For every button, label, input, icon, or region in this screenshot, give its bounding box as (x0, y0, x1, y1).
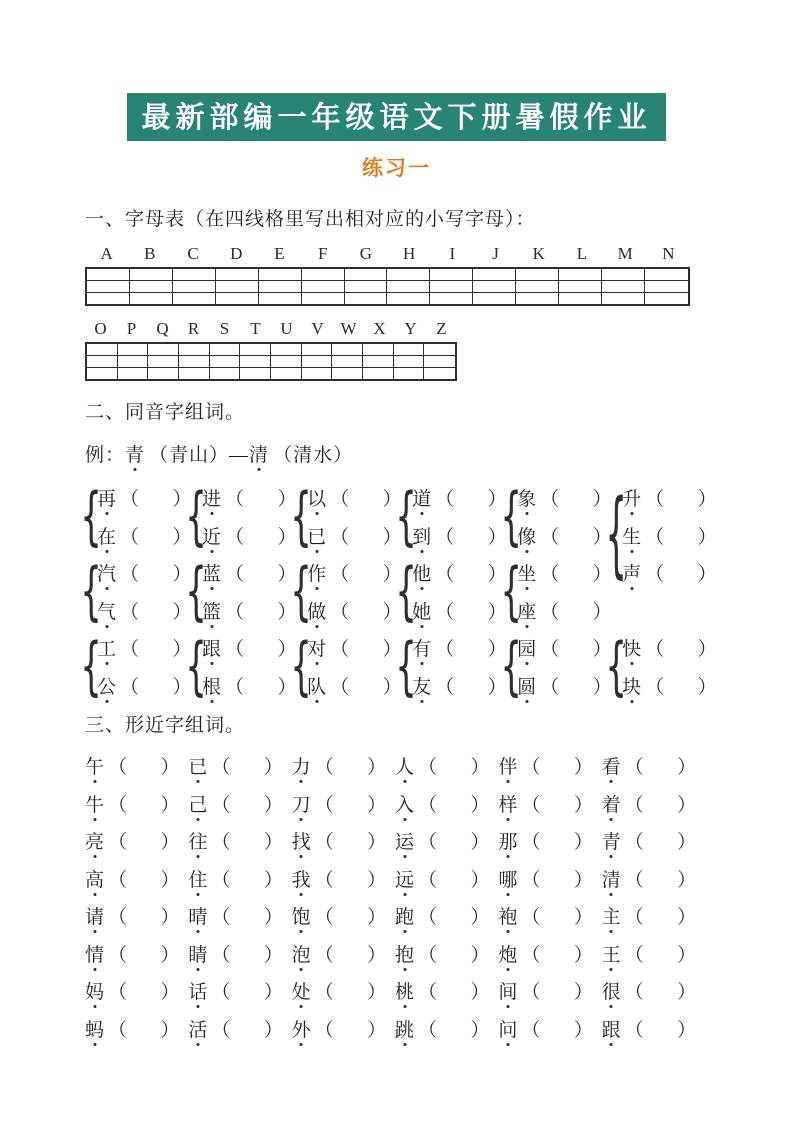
answer-blank: （ ） (625, 940, 695, 967)
entry-char: 清 (602, 865, 621, 892)
entry-char: 住 (188, 865, 207, 892)
alphabet-letter: V (302, 319, 333, 339)
grid-cell (271, 368, 302, 379)
alphabet-letters-row: OPQRSTUVWXYZ (85, 319, 457, 339)
grid-cell (345, 293, 388, 304)
homophone-entry: 道（ ） (412, 479, 505, 517)
similar-character-item: 我（ ） (292, 865, 395, 892)
homophone-entry: 以（ ） (307, 479, 400, 517)
grid-cell (302, 356, 333, 368)
answer-blank: （ ） (108, 752, 178, 779)
answer-blank: （ ） (435, 597, 505, 624)
grid-cell (473, 269, 516, 281)
entry-char: 处 (292, 977, 311, 1004)
answer-blank: （ ） (521, 940, 591, 967)
similar-character-item: 午（ ） (85, 752, 188, 779)
grid-cell (363, 356, 394, 368)
entry-char: 在 (97, 522, 116, 549)
answer-blank: （ ） (625, 827, 695, 854)
grid-cell (394, 356, 425, 368)
grid-cell (179, 344, 210, 356)
brace-icon: { (190, 479, 202, 554)
similar-character-item: 袍（ ） (498, 902, 601, 929)
entry-char: 很 (602, 977, 621, 1004)
homophone-entries: 跟（ ）根（ ） (202, 629, 295, 704)
example-text: （青山）— (149, 440, 249, 467)
grid-cell (473, 293, 516, 304)
page-number: 1 (0, 1026, 793, 1042)
similar-character-item: 清（ ） (602, 865, 705, 892)
entry-char: 刀 (292, 790, 311, 817)
similar-characters-row: 情（ ）睛（ ）泡（ ）抱（ ）炮（ ）王（ ） (85, 935, 705, 973)
grid-cell (602, 293, 645, 304)
similar-character-item: 远（ ） (395, 865, 498, 892)
answer-blank: （ ） (540, 597, 610, 624)
answer-blank: （ ） (108, 827, 178, 854)
answer-blank: （ ） (120, 522, 190, 549)
example-line: 例：青（青山）—清（清水） (85, 440, 705, 467)
entry-char: 他 (412, 559, 431, 586)
grid-cell (87, 269, 130, 281)
homophone-entries: 道（ ）到（ ） (412, 479, 505, 554)
alphabet-letter: B (128, 244, 171, 264)
alphabet-letter: I (431, 244, 474, 264)
grid-cell (87, 281, 130, 293)
grid-cell (118, 344, 149, 356)
entry-char: 那 (498, 827, 517, 854)
homophone-entries: 作（ ）做（ ） (307, 554, 400, 629)
homophone-entry: 像（ ） (517, 517, 610, 555)
answer-blank: （ ） (315, 790, 385, 817)
alphabet-letter: R (178, 319, 209, 339)
answer-blank: （ ） (435, 484, 505, 511)
worksheet-content: 一、字母表（在四线格里写出相对应的小写字母）： ABCDEFGHIJKLMNOP… (85, 204, 705, 1047)
entry-char: 坐 (517, 559, 536, 586)
homophone-entries: 汽（ ）气（ ） (97, 554, 190, 629)
homophone-entry: 公（ ） (97, 667, 190, 705)
grid-cell (559, 293, 602, 304)
grid-cell (602, 269, 645, 281)
similar-character-item: 桃（ ） (395, 977, 498, 1004)
grid-cell (271, 356, 302, 368)
grid-cell (332, 368, 363, 379)
grid-cell (210, 344, 241, 356)
alphabet-letter: F (301, 244, 344, 264)
entry-char: 着 (602, 790, 621, 817)
similar-character-item: 伴（ ） (498, 752, 601, 779)
homophone-group: {升（ ）生（ ）声（ ） (610, 479, 715, 629)
brace-icon: { (295, 554, 307, 629)
homophone-entries: 对（ ）队（ ） (307, 629, 400, 704)
homophone-entries: 升（ ）生（ ）声（ ） (622, 479, 715, 592)
entry-char: 饱 (292, 902, 311, 929)
homophone-group: {对（ ）队（ ） (295, 629, 400, 704)
grid-cell (602, 281, 645, 293)
homophone-entry: 园（ ） (517, 629, 610, 667)
grid-cell (424, 344, 455, 356)
similar-character-item: 炮（ ） (498, 940, 601, 967)
homophone-entry: 工（ ） (97, 629, 190, 667)
answer-blank: （ ） (625, 977, 695, 1004)
entry-char: 力 (292, 752, 311, 779)
answer-blank: （ ） (418, 977, 488, 1004)
answer-blank: （ ） (225, 484, 295, 511)
answer-blank: （ ） (211, 790, 281, 817)
grid-cell (87, 293, 130, 304)
entry-char: 气 (97, 597, 116, 624)
similar-character-item: 饱（ ） (292, 902, 395, 929)
answer-blank: （ ） (330, 484, 400, 511)
answer-blank: （ ） (225, 634, 295, 661)
entry-char: 已 (307, 522, 326, 549)
brace-icon: { (610, 479, 622, 591)
similar-character-item: 睛（ ） (188, 940, 291, 967)
brace-icon: { (505, 479, 517, 554)
homophone-entries: 再（ ）在（ ） (97, 479, 190, 554)
alphabet-letter: W (333, 319, 364, 339)
homophone-entry: 圆（ ） (517, 667, 610, 705)
brace-icon: { (190, 554, 202, 629)
entry-char: 泡 (292, 940, 311, 967)
answer-blank: （ ） (540, 522, 610, 549)
example-char-dotted: 青 (125, 440, 145, 467)
brace-icon: { (400, 629, 412, 704)
title-bar-row: 最新部编一年级语文下册暑假作业 (0, 0, 793, 141)
homophone-entries: 象（ ）像（ ） (517, 479, 610, 554)
answer-blank: （ ） (418, 827, 488, 854)
similar-character-item: 牛（ ） (85, 790, 188, 817)
grid-cell (332, 344, 363, 356)
brace-icon: { (505, 629, 517, 704)
homophone-group: {道（ ）到（ ） (400, 479, 505, 554)
similar-character-item: 青（ ） (602, 827, 705, 854)
answer-blank: （ ） (330, 634, 400, 661)
grid-cell (87, 368, 118, 379)
entry-char: 亮 (85, 827, 104, 854)
entry-char: 我 (292, 865, 311, 892)
grid-cell (363, 368, 394, 379)
entry-char: 工 (97, 634, 116, 661)
answer-blank: （ ） (521, 977, 591, 1004)
entry-char: 抱 (395, 940, 414, 967)
entry-char: 作 (307, 559, 326, 586)
homophone-entries: 园（ ）圆（ ） (517, 629, 610, 704)
answer-blank: （ ） (211, 865, 281, 892)
exercise-subtitle: 练习一 (0, 152, 793, 182)
entry-char: 队 (307, 672, 326, 699)
entry-char: 圆 (517, 672, 536, 699)
entry-char: 对 (307, 634, 326, 661)
answer-blank: （ ） (645, 522, 715, 549)
page-title: 最新部编一年级语文下册暑假作业 (127, 93, 665, 141)
grid-cell (179, 356, 210, 368)
brace-icon: { (400, 554, 412, 629)
answer-blank: （ ） (330, 522, 400, 549)
similar-character-item: 话（ ） (188, 977, 291, 1004)
homophone-entry: 座（ ） (517, 592, 610, 630)
grid-cell (240, 344, 271, 356)
section1-heading: 一、字母表（在四线格里写出相对应的小写字母）： (85, 204, 705, 231)
alphabet-letter: S (209, 319, 240, 339)
entry-char: 升 (622, 484, 641, 511)
similar-character-item: 人（ ） (395, 752, 498, 779)
homophone-entry: 坐（ ） (517, 554, 610, 592)
homophone-entries: 快（ ）块（ ） (622, 629, 715, 704)
entry-char: 妈 (85, 977, 104, 1004)
homophone-entries: 以（ ）已（ ） (307, 479, 400, 554)
entry-char: 进 (202, 484, 221, 511)
homophone-group: {有（ ）友（ ） (400, 629, 505, 704)
entry-char: 主 (602, 902, 621, 929)
brace-icon: { (190, 629, 202, 704)
homophone-entry: 做（ ） (307, 592, 400, 630)
answer-blank: （ ） (521, 752, 591, 779)
answer-blank: （ ） (330, 559, 400, 586)
homophone-entry: 已（ ） (307, 517, 400, 555)
answer-blank: （ ） (418, 865, 488, 892)
grid-cell (302, 344, 333, 356)
homophone-entry: 近（ ） (202, 517, 295, 555)
answer-blank: （ ） (211, 940, 281, 967)
four-line-writing-grid (85, 342, 457, 381)
entry-char: 牛 (85, 790, 104, 817)
entry-char: 王 (602, 940, 621, 967)
brace-icon: { (610, 629, 622, 704)
homophone-group: {以（ ）已（ ） (295, 479, 400, 554)
entry-char: 请 (85, 902, 104, 929)
entry-char: 声 (622, 559, 641, 586)
grid-cell (87, 344, 118, 356)
similar-character-item: 哪（ ） (498, 865, 601, 892)
grid-cell (240, 356, 271, 368)
entry-char: 找 (292, 827, 311, 854)
similar-characters-row: 请（ ）晴（ ）饱（ ）跑（ ）袍（ ）主（ ） (85, 897, 705, 935)
grid-cell (216, 293, 259, 304)
homophone-entry: 快（ ） (622, 629, 715, 667)
grid-cell (516, 269, 559, 281)
similar-character-item: 妈（ ） (85, 977, 188, 1004)
grid-cell (130, 281, 173, 293)
entry-char: 情 (85, 940, 104, 967)
similar-character-item: 间（ ） (498, 977, 601, 1004)
answer-blank: （ ） (521, 865, 591, 892)
homophone-group: {工（ ）公（ ） (85, 629, 190, 704)
alphabet-letter: O (85, 319, 116, 339)
grid-cell (424, 368, 455, 379)
answer-blank: （ ） (225, 672, 295, 699)
grid-cell (271, 344, 302, 356)
answer-blank: （ ） (211, 977, 281, 1004)
alphabet-letter: L (560, 244, 603, 264)
entry-char: 有 (412, 634, 431, 661)
entry-char: 象 (517, 484, 536, 511)
grid-cell (363, 344, 394, 356)
entry-char: 桃 (395, 977, 414, 1004)
homophone-groups: {再（ ）在（ ）{进（ ）近（ ）{以（ ）已（ ）{道（ ）到（ ）{象（ … (85, 479, 705, 704)
similar-character-item: 处（ ） (292, 977, 395, 1004)
homophone-group: {象（ ）像（ ） (505, 479, 610, 554)
alphabet-letter: Z (426, 319, 457, 339)
alphabet-letter: X (364, 319, 395, 339)
answer-blank: （ ） (225, 597, 295, 624)
grid-cell (516, 293, 559, 304)
entry-char: 以 (307, 484, 326, 511)
alphabet-letter: E (258, 244, 301, 264)
homophone-entry: 作（ ） (307, 554, 400, 592)
answer-blank: （ ） (645, 559, 715, 586)
answer-blank: （ ） (625, 902, 695, 929)
answer-blank: （ ） (225, 559, 295, 586)
entry-char: 座 (517, 597, 536, 624)
answer-blank: （ ） (521, 902, 591, 929)
answer-blank: （ ） (225, 522, 295, 549)
similar-character-item: 看（ ） (602, 752, 705, 779)
grid-cell (302, 293, 345, 304)
answer-blank: （ ） (540, 559, 610, 586)
answer-blank: （ ） (120, 559, 190, 586)
homophone-entries: 工（ ）公（ ） (97, 629, 190, 704)
entry-char: 午 (85, 752, 104, 779)
similar-character-item: 己（ ） (188, 790, 291, 817)
entry-char: 看 (602, 752, 621, 779)
similar-character-item: 往（ ） (188, 827, 291, 854)
grid-cell (259, 293, 302, 304)
brace-icon: { (85, 629, 97, 704)
section2-heading: 二、同音字组词。 (85, 397, 705, 424)
homophone-entry: 汽（ ） (97, 554, 190, 592)
entry-char: 汽 (97, 559, 116, 586)
alphabet-letter: K (517, 244, 560, 264)
answer-blank: （ ） (108, 790, 178, 817)
grid-cell (240, 368, 271, 379)
similar-character-item: 力（ ） (292, 752, 395, 779)
grid-cell (302, 368, 333, 379)
worksheet-page: 最新部编一年级语文下册暑假作业 练习一 一、字母表（在四线格里写出相对应的小写字… (0, 0, 793, 1122)
grid-cell (130, 269, 173, 281)
entry-char: 间 (498, 977, 517, 1004)
homophone-group: {作（ ）做（ ） (295, 554, 400, 629)
grid-cell (216, 281, 259, 293)
grid-cell (345, 269, 388, 281)
answer-blank: （ ） (315, 902, 385, 929)
homophone-entry: 他（ ） (412, 554, 505, 592)
homophone-entries: 蓝（ ）篮（ ） (202, 554, 295, 629)
homophone-group: {再（ ）在（ ） (85, 479, 190, 554)
alphabet-letter: Y (395, 319, 426, 339)
grid-cell (394, 344, 425, 356)
answer-blank: （ ） (315, 977, 385, 1004)
homophone-entry: 蓝（ ） (202, 554, 295, 592)
answer-blank: （ ） (211, 902, 281, 929)
homophone-entry: 块（ ） (622, 667, 715, 705)
homophone-entry: 到（ ） (412, 517, 505, 555)
grid-cell (173, 269, 216, 281)
entry-char: 已 (188, 752, 207, 779)
similar-character-item: 跑（ ） (395, 902, 498, 929)
alphabet-letter: G (344, 244, 387, 264)
entry-char: 人 (395, 752, 414, 779)
section3-heading: 三、形近字组词。 (85, 710, 705, 737)
entry-char: 高 (85, 865, 104, 892)
four-line-writing-grid (85, 267, 690, 306)
homophone-entries: 坐（ ）座（ ） (517, 554, 610, 629)
entry-char: 往 (188, 827, 207, 854)
homophone-entry: 生（ ） (622, 517, 715, 555)
homophone-entry: 根（ ） (202, 667, 295, 705)
homophone-group: {进（ ）近（ ） (190, 479, 295, 554)
entry-char: 远 (395, 865, 414, 892)
answer-blank: （ ） (435, 559, 505, 586)
entry-char: 她 (412, 597, 431, 624)
alphabet-letter: A (85, 244, 128, 264)
grid-cell (645, 281, 688, 293)
similar-character-item: 找（ ） (292, 827, 395, 854)
homophone-entry: 有（ ） (412, 629, 505, 667)
answer-blank: （ ） (418, 902, 488, 929)
answer-blank: （ ） (315, 827, 385, 854)
alphabet-letter: N (647, 244, 690, 264)
answer-blank: （ ） (645, 672, 715, 699)
homophone-group: {快（ ）块（ ） (610, 629, 715, 704)
alphabet-letter: M (604, 244, 647, 264)
answer-blank: （ ） (521, 827, 591, 854)
example-text: （清水） (273, 440, 353, 467)
grid-cell (259, 269, 302, 281)
similar-character-item: 住（ ） (188, 865, 291, 892)
homophone-group: {汽（ ）气（ ） (85, 554, 190, 629)
answer-blank: （ ） (315, 940, 385, 967)
brace-icon: { (400, 479, 412, 554)
grid-cell (345, 281, 388, 293)
grid-cell (87, 356, 118, 368)
grid-cell (394, 368, 425, 379)
entry-char: 伴 (498, 752, 517, 779)
entry-char: 入 (395, 790, 414, 817)
entry-char: 近 (202, 522, 221, 549)
entry-char: 跟 (202, 634, 221, 661)
answer-blank: （ ） (435, 522, 505, 549)
grid-cell (173, 293, 216, 304)
entry-char: 像 (517, 522, 536, 549)
similar-character-item: 着（ ） (602, 790, 705, 817)
homophone-entries: 他（ ）她（ ） (412, 554, 505, 629)
homophone-entry: 跟（ ） (202, 629, 295, 667)
entry-char: 友 (412, 672, 431, 699)
answer-blank: （ ） (540, 672, 610, 699)
entry-char: 晴 (188, 902, 207, 929)
homophone-entry: 对（ ） (307, 629, 400, 667)
similar-character-item: 主（ ） (602, 902, 705, 929)
entry-char: 样 (498, 790, 517, 817)
homophone-group: {坐（ ）座（ ） (505, 554, 610, 629)
similar-character-item: 抱（ ） (395, 940, 498, 967)
grid-cell (118, 368, 149, 379)
similar-character-item: 很（ ） (602, 977, 705, 1004)
answer-blank: （ ） (330, 597, 400, 624)
grid-cell (259, 281, 302, 293)
similar-character-item: 样（ ） (498, 790, 601, 817)
grid-cell (559, 281, 602, 293)
alphabet-letter: P (116, 319, 147, 339)
grid-cell (424, 356, 455, 368)
answer-blank: （ ） (521, 790, 591, 817)
answer-blank: （ ） (645, 634, 715, 661)
similar-character-item: 刀（ ） (292, 790, 395, 817)
alphabet-letters-row: ABCDEFGHIJKLMN (85, 244, 690, 264)
grid-cell (430, 281, 473, 293)
answer-blank: （ ） (120, 672, 190, 699)
grid-cell (302, 281, 345, 293)
